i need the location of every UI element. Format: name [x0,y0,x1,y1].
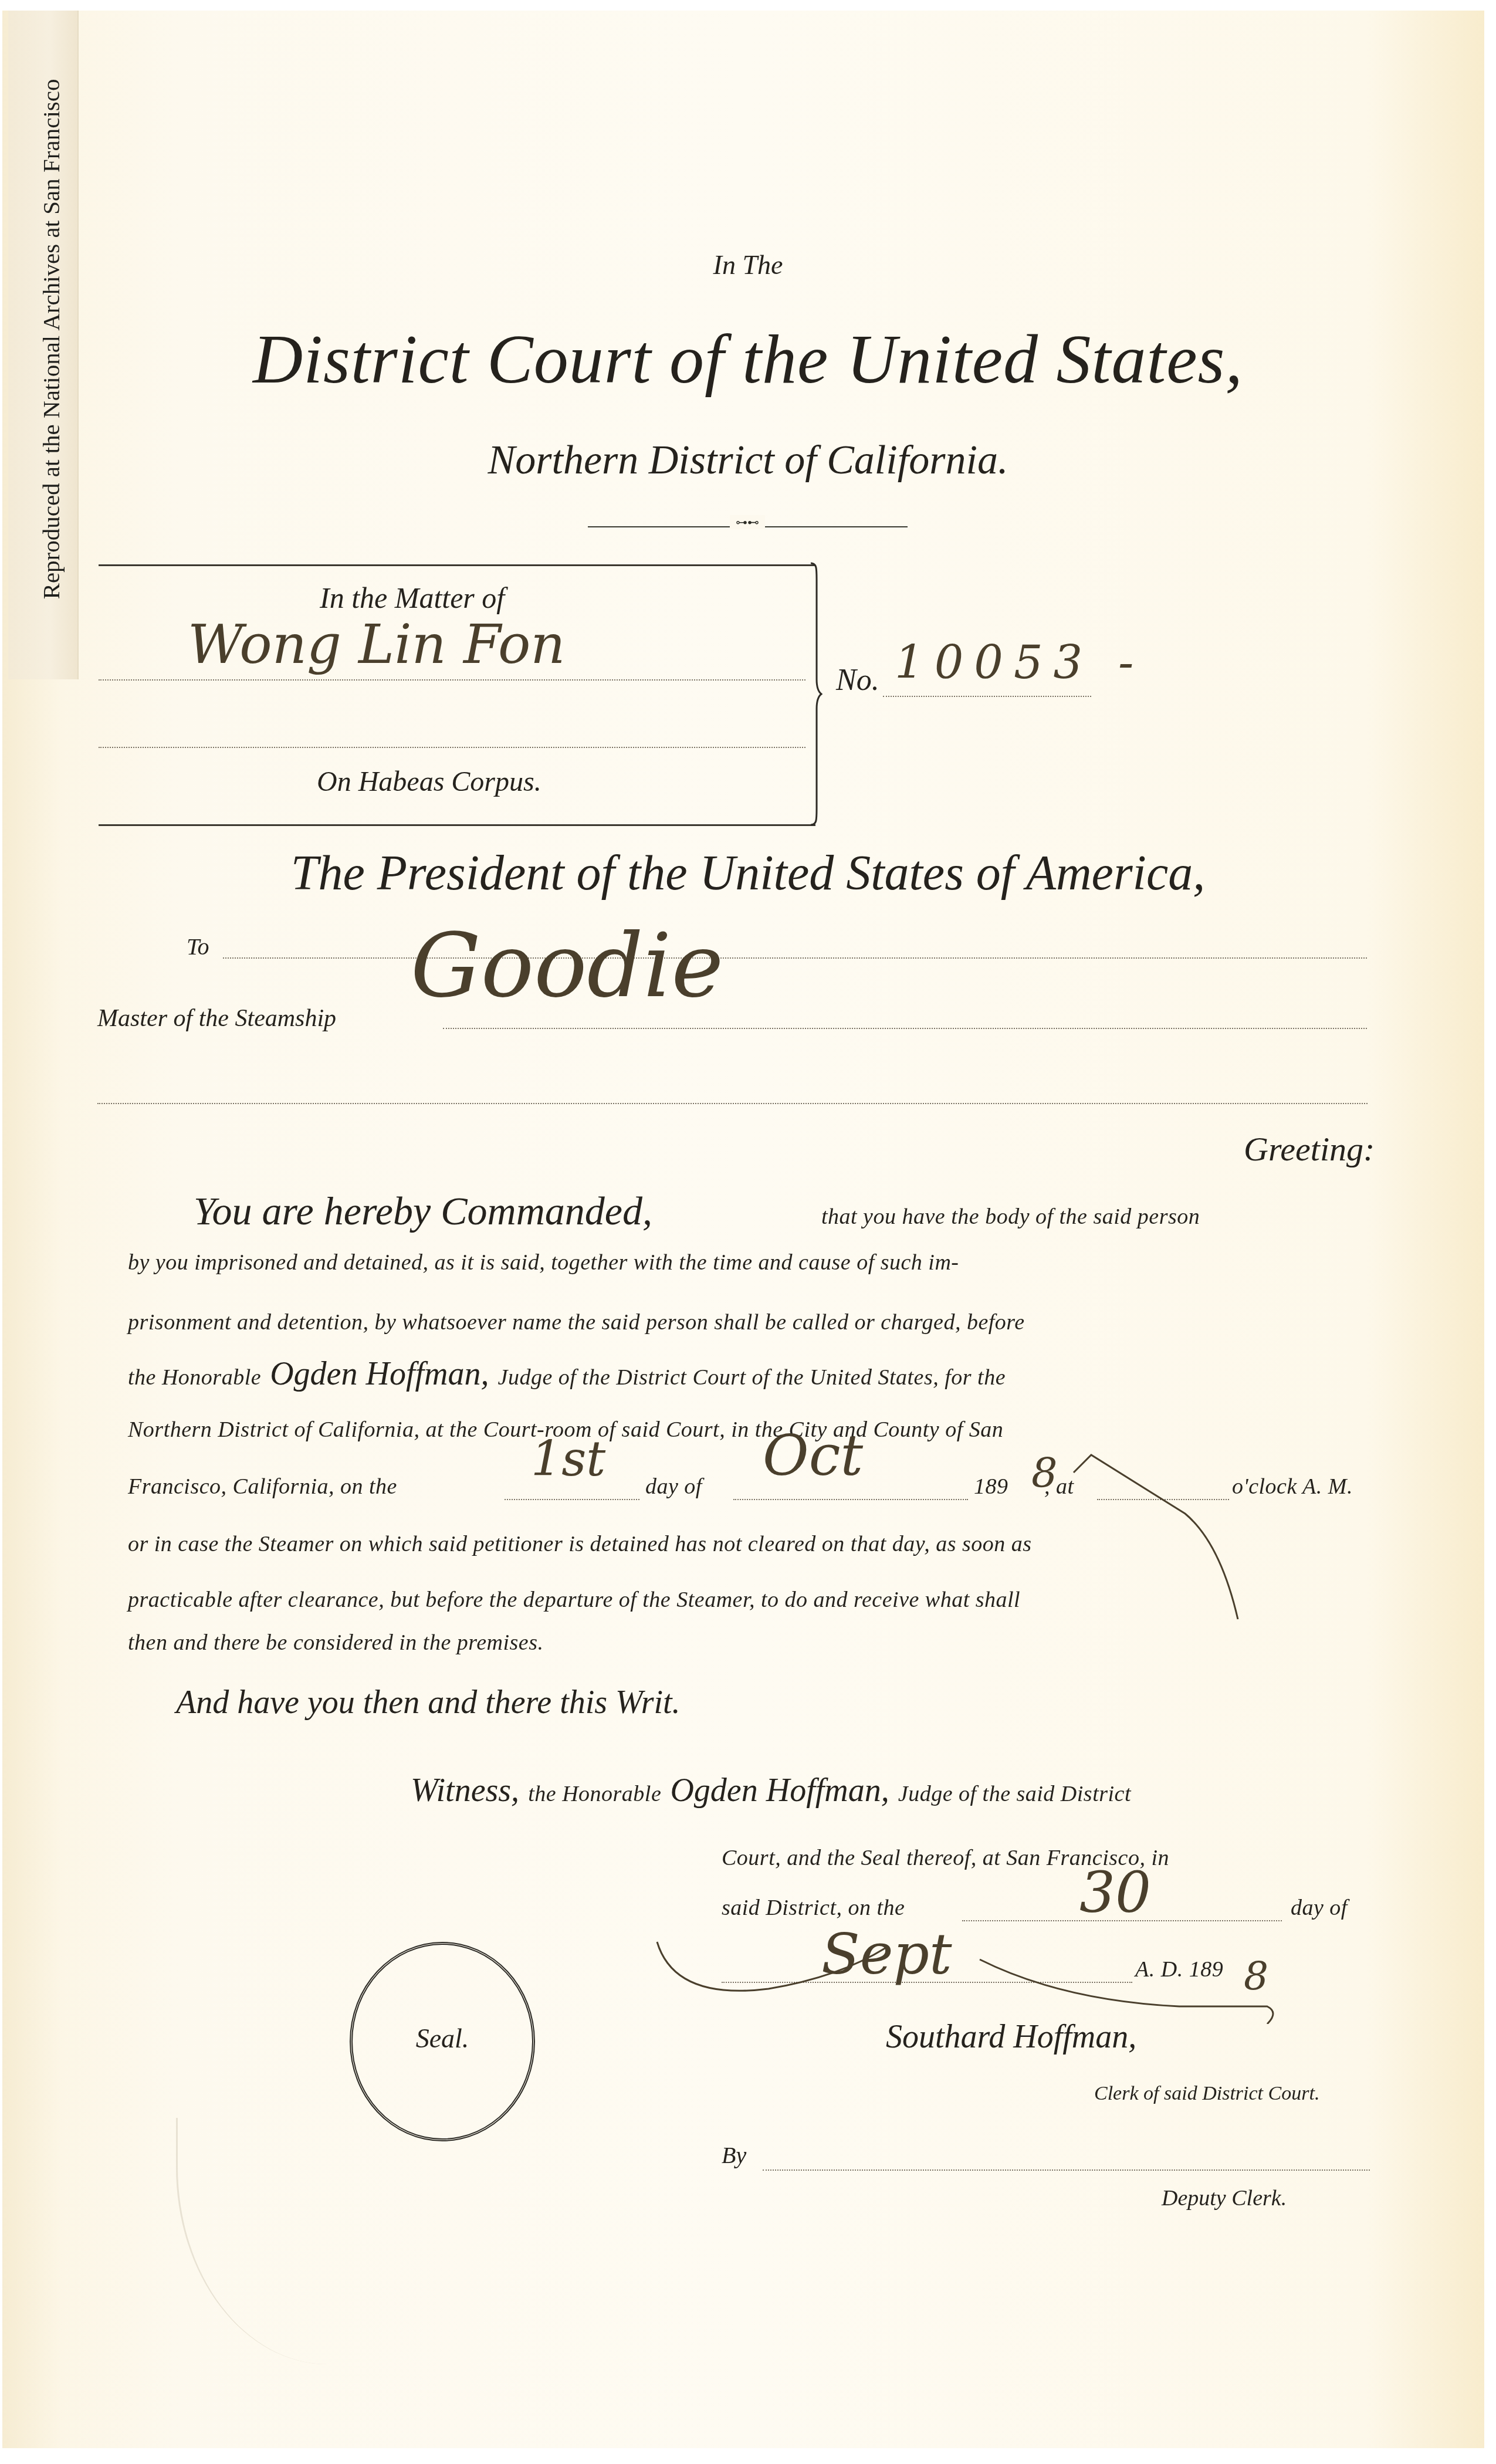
command-line4: the Honorable Ogden Hoffman, Judge of th… [128,1355,1006,1393]
archive-strip: Reproduced at the National Archives at S… [8,11,79,679]
divider-ornament-icon: ⊶⊷ [730,515,765,529]
witness-line3-a: said District, on the [722,1895,905,1921]
return-month-value: Oct [763,1423,863,1488]
addressee-line [223,957,1367,959]
command-line3: prisonment and detention, by whatsoever … [128,1309,1025,1335]
witness-day-value: 30 [1079,1860,1151,1925]
clerk-name: Southard Hoffman, [886,2018,1136,2056]
court-title: District Court of the United States, [253,320,1243,400]
judge-name: Ogden Hoffman, [270,1356,489,1392]
command-line2: by you imprisoned and detained, as it is… [128,1250,959,1275]
petitioner-name-line [99,679,805,681]
address-extra-line [97,1103,1368,1104]
president-heading: The President of the United States of Am… [291,845,1205,902]
command-line6-a: Francisco, California, on the [128,1474,397,1500]
witness-line3-b: day of [1291,1895,1348,1921]
greeting: Greeting: [1244,1129,1375,1169]
case-number-label: No. [836,663,879,698]
command-line6-b: day of [645,1474,702,1500]
petitioner-extra-line [99,747,805,748]
return-day-line [505,1499,639,1500]
return-month-line [733,1499,968,1500]
command-lead: You are hereby Commanded, [194,1188,652,1234]
return-day-value: 1st [531,1431,605,1487]
deputy-clerk-title: Deputy Clerk. [1162,2185,1287,2211]
the-honorable-text: the Honorable [128,1365,261,1390]
witness-lead: Witness, [411,1772,519,1809]
brace-icon [808,562,823,826]
command-line8: practicable after clearance, but before … [128,1587,1020,1613]
case-number-line [883,696,1091,697]
witness-judge-name: Ogden Hoffman, [670,1772,889,1809]
by-label: By [722,2141,746,2169]
to-label: To [187,933,209,960]
addressee-signature: Goodie [411,915,723,1017]
command-line9: then and there be considered in the prem… [128,1630,543,1656]
master-of-steamship-label: Master of the Steamship [97,1004,336,1033]
court-seal: Seal. [350,1942,535,2141]
judge-title-text: Judge of the District Court of the Unite… [498,1365,1006,1390]
strike-through-stroke [1068,1449,1279,1625]
district-title: Northern District of California. [488,437,1008,484]
steamship-line [443,1028,1367,1029]
command-line6-year-prefix: 189 [974,1474,1008,1500]
witness-judge-of: Judge of the said District [898,1782,1131,1806]
clerk-title: Clerk of said District Court. [1094,2083,1319,2105]
witness-line1: Witness, the Honorable Ogden Hoffman, Ju… [411,1772,1131,1809]
seal-label: Seal. [416,2023,469,2054]
command-line1: that you have the body of the said perso… [821,1204,1200,1230]
witness-the-honorable: the Honorable [528,1782,661,1806]
command-line7: or in case the Steamer on which said pet… [128,1531,1032,1557]
witness-year-value: 8 [1244,1954,1268,1999]
petitioner-name: Wong Lin Fon [188,613,566,676]
archive-label: Reproduced at the National Archives at S… [37,79,65,600]
in-the-matter-label: In the Matter of [320,581,505,615]
header-in-the: In The [713,249,783,280]
case-number-value: 10053 - [895,637,1144,689]
ad-label: A. D. 189 [1135,1957,1223,1982]
writ-closing: And have you then and there this Writ. [176,1684,681,1721]
on-habeas-corpus-label: On Habeas Corpus. [317,766,541,798]
deputy-signature-line [763,2169,1370,2171]
